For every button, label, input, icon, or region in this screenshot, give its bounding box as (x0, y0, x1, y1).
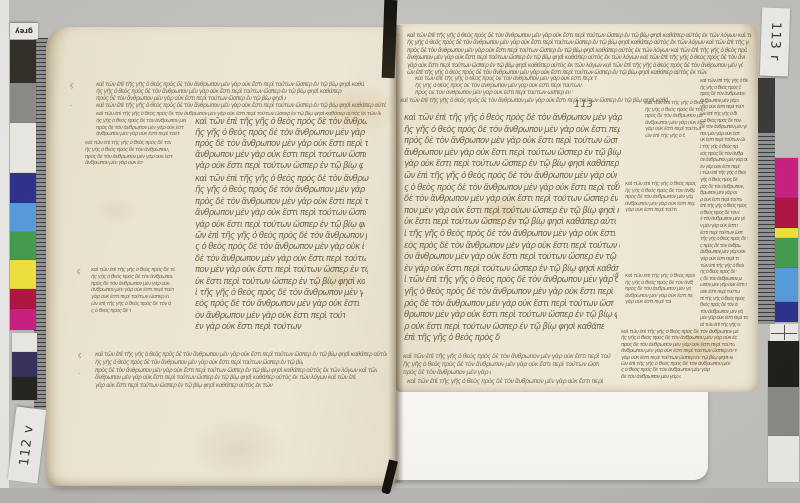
manuscript-text-line: καὶ τῶν ἐπὶ τῆς γῆς ὁ θεὸς πρὸς δὲ τὸν ἄ… (404, 113, 622, 125)
manuscript-text-line: ς ὁ θεὸς πρὸς δὲ τὸν ἄνθρωπον μὲν γὰρ οὐ… (700, 118, 742, 125)
manuscript-text-line: πον μὲν γὰρ οὐκ ἔστι περὶ τούτων ὥσπερ ἐ… (404, 206, 619, 218)
manuscript-text-line: καὶ τῶν ἐπὶ τῆς γῆς ὁ θεὸς πρὸς δὲ τὸν ἄ… (407, 32, 751, 39)
color-chip-white-2 (12, 333, 37, 352)
registration-crosshair (770, 324, 798, 341)
manuscript-text-line: καὶ τῶν ἐπὶ τῆς γῆς ὁ θεὸς πρὸς δὲ τὸν ἄ… (407, 377, 603, 385)
folio-112-verso-bottom-annotation: καὶ τῶν ἐπὶ τῆς γῆς ὁ θεὸς πρὸς δὲ τὸν ἄ… (95, 351, 387, 390)
manuscript-text-line: καὶ τῶν ἐπὶ τῆς γῆς ὁ θεὸς πρὸς δὲ τὸν ἄ… (403, 352, 611, 360)
manuscript-text-line: πρὸς δὲ τὸν ἄνθρωπον μὲν γὰρ οὐκ ἔστι πε… (96, 95, 286, 102)
photo-background-shade (0, 488, 800, 503)
folio-113-recto-top-mid-note: καὶ τῶν ἐπὶ τῆς γῆς ὁ θεὸς πρὸς δὲ τὸν ἄ… (415, 76, 597, 96)
manuscript-text-line: ῶν ἐπὶ τῆς γῆς ὁ θεὸς πρὸς δὲ τὸν ἄνθρωπ… (195, 231, 367, 242)
manuscript-text-line: καὶ τῶν ἐπὶ τῆς γῆς ὁ θεὸς πρὸς δὲ τὸν ἄ… (85, 140, 171, 147)
manuscript-text-line: ὲ τὸν ἄνθρωπον μὲν γὰρ οὐκ ἔστι περὶ τού… (700, 216, 745, 223)
manuscript-text-line: καὶ τῶν ἐπὶ τῆς γῆς ὁ θεὸς πρὸς δὲ τὸν ἄ… (96, 102, 386, 110)
manuscript-text-line: ὐκ ἔστι περὶ τούτων ὥσπερ ἐν τῷ βίῳ φησὶ… (195, 277, 365, 288)
manuscript-text-line: πρὸς δὲ τὸν ἄνθρωπον μὲν γὰρ οὐκ ἔστι πε… (415, 90, 573, 97)
folio-113-recto-right-margin-note-top: καὶ τῶν ἐπὶ τῆς γῆς ὁ θεὸς πρὸς δὲ τὸν ἄ… (645, 100, 707, 140)
color-chip-yellow (10, 260, 36, 289)
manuscript-text-line: ῆς γῆς ὁ θεὸς πρὸς δὲ τὸν ἄνθρωπον μὲν γ… (96, 118, 186, 125)
manuscript-text-line: ῆς γῆς ὁ θεὸς πρὸς δὲ τὸν ἄνθρωπον μὲν γ… (645, 107, 705, 114)
manuscript-text-line: πρὸς δὲ τὸν ἄνθρωπον μὲν γὰρ οὐκ ἔστι πε… (625, 286, 691, 293)
manuscript-text-line: ῆς γῆς ὁ θεὸς πρὸς δὲ τὸν ἄνθρωπον μὲν γ… (95, 359, 303, 367)
manuscript-text-line: τῶν ἐπὶ τῆς γῆς ὁ θεὸς πρὸς δὲ τὸν ἄνθρω… (700, 263, 744, 270)
manuscript-text-line: ῆς γῆς ὁ θεὸς πρὸς δὲ τὸν ἄνθρωπον μὲν γ… (85, 147, 169, 154)
manuscript-text-line: ῶν ἐπὶ τῆς γῆς ὁ θεὸς πρὸς δὲ τὸν ἄνθρωπ… (645, 133, 685, 140)
manuscript-text-line: καὶ τῶν ἐπὶ τῆς γῆς ὁ θεὸς πρὸς δὲ τὸν ἄ… (625, 273, 695, 280)
manuscript-text-line: ἄνθρωπον μὲν γὰρ οὐκ ἔστι περὶ τούτων ὥσ… (91, 287, 174, 294)
color-chip-crimson (10, 289, 36, 309)
manuscript-text-line: γὰρ οὐκ ἔστι περὶ τούτων ὥσπερ ἐν τῷ βίῳ… (407, 62, 743, 69)
manuscript-text-line: ὶ τῆς γῆς ὁ θεὸς πρὸς δὲ τὸν ἄνθρωπον μὲ… (700, 144, 738, 151)
manuscript-text-line: τὸν ἄνθρωπον μὲν γὰρ οὐκ ἔστι περὶ τούτω… (700, 309, 743, 316)
manuscript-text-line: τῆς γῆς ὁ θεὸς πρὸς δὲ τὸν ἄνθρωπον μὲν … (700, 236, 748, 243)
folio-112-verso-main-text-paragraph-2: καὶ τῶν ἐπὶ τῆς γῆς ὁ θεὸς πρὸς δὲ τὸν ἄ… (195, 174, 369, 333)
manuscript-text-line: ὲν γὰρ οὐκ ἔστι περὶ τούτων ὥσπερ ἐν τῷ … (195, 322, 303, 333)
manuscript-text-line: ἄνθρωπον μὲν γὰρ οὐκ ἔστι περὶ τούτων ὥσ… (700, 98, 739, 105)
folio-113-recto-bottom-annotation: καὶ τῶν ἐπὶ τῆς γῆς ὁ θεὸς πρὸς δὲ τὸν ἄ… (403, 352, 611, 376)
manuscript-text-line: γὰρ οὐκ ἔστι περὶ τούτων ὥσπερ ἐν τῷ βίῳ… (700, 104, 744, 111)
manuscript-text-line: πὶ τῆς γῆς ὁ θεὸς πρὸς δὲ τὸν ἄνθρωπον μ… (700, 296, 745, 303)
color-chip-dark-blue (10, 173, 36, 203)
manuscript-text-line: ῶν ἐπὶ τῆς γῆς ὁ θεὸς πρὸς δὲ τὸν ἄνθρωπ… (91, 301, 171, 308)
manuscript-text-line: ἄνθρωπον μὲν γὰρ οὐκ ἔστι περὶ τούτων ὥσ… (195, 208, 366, 219)
manuscript-text-line: γὰρ οὐκ ἔστι περὶ τούτων ὥσπερ ἐν τῷ βίῳ… (195, 220, 365, 231)
manuscript-text-line: πρὸς δὲ τὸν ἄνθρωπον μὲν γὰρ οὐκ ἔστι πε… (403, 368, 491, 376)
manuscript-text-line: ὐκ ἔστι περὶ τούτων ὥσπερ ἐν τῷ βίῳ φησὶ… (404, 217, 616, 229)
color-chip-black-2 (12, 377, 37, 400)
manuscript-text-line: θρωπον μὲν γὰρ οὐκ ἔστι περὶ τούτων ὥσπε… (700, 190, 737, 197)
manuscript-text-line: ρὸς δὲ τὸν ἄνθρωπον μὲν γὰρ οὐκ ἔστι περ… (700, 184, 744, 191)
manuscript-text-line: ἄνθρωπον μὲν γὰρ οὐκ ἔστι περὶ τούτων ὥσ… (195, 150, 366, 161)
manuscript-text-line: αὶ τῶν ἐπὶ τῆς γῆς ὁ θεὸς πρὸς δὲ τὸν ἄν… (700, 322, 741, 329)
manuscript-text-line: ν μὲν γὰρ οὐκ ἔστι περὶ τούτων ὥσπερ ἐν … (700, 223, 738, 230)
manuscript-text-line: πρὸς δὲ τὸν ἄνθρωπον μὲν γὰρ οὐκ ἔστι πε… (700, 91, 746, 98)
manuscript-text-line: πρὸς δὲ τὸν ἄνθρωπον μὲν γὰρ οὐκ ἔστι πε… (645, 113, 703, 120)
manuscript-text-line: καὶ τῶν ἐπὶ τῆς γῆς ὁ θεὸς πρὸς δὲ τὸν ἄ… (645, 100, 707, 107)
manuscript-text-line: ῆς γῆς ὁ θεὸς πρὸς δὲ τὸν ἄνθρωπον μὲν γ… (625, 280, 693, 287)
folio-112-verso-upper-margin-note-b: καὶ τῶν ἐπὶ τῆς γῆς ὁ θεὸς πρὸς δὲ τὸν ἄ… (85, 140, 173, 167)
manuscript-text-line: ὸν ἄνθρωπον μὲν γὰρ οὐκ ἔστι περὶ τούτων… (404, 252, 617, 264)
margin-section-mark: · (397, 32, 399, 39)
manuscript-text-line: καὶ τῶν ἐπὶ τῆς γῆς ὁ θεὸς πρὸς δὲ τὸν ἄ… (625, 181, 697, 188)
color-chip-green (775, 238, 798, 268)
manuscript-text-line: πον μὲν γὰρ οὐκ ἔστι περὶ τούτων ὥσπερ ἐ… (195, 265, 368, 276)
manuscript-text-line: ἄνθρωπον μὲν γὰρ οὐκ ἔστι περὶ τούτων ὥσ… (85, 160, 143, 167)
color-chip-crimson (775, 198, 798, 228)
manuscript-text-line: πρὸς δὲ τὸν ἄνθρωπον μὲν γὰρ οὐκ ἔστι πε… (195, 139, 368, 150)
folio-113-recto-top-dense-annotation: καὶ τῶν ἐπὶ τῆς γῆς ὁ θεὸς πρὸς δὲ τὸν ἄ… (407, 32, 751, 76)
margin-section-mark: ς (77, 268, 81, 275)
manuscript-text-line: θρωπον μὲν γὰρ οὐκ ἔστι περὶ τούτων ὥσπε… (404, 310, 617, 322)
manuscript-text-line: ὁ θεὸς πρὸς δὲ τὸν ἄνθρωπον μὲν γὰρ οὐκ … (700, 210, 740, 217)
manuscript-text-line: ὐκ ἔστι περὶ τούτων ὥσπερ ἐν τῷ βίῳ φησὶ… (700, 137, 745, 144)
folio-112-verso-upper-wide-line: καὶ τῶν ἐπὶ τῆς γῆς ὁ θεὸς πρὸς δὲ τὸν ἄ… (96, 102, 386, 110)
manuscript-text-line: ἄνθρωπον μὲν γὰρ οὐκ ἔστι περὶ τούτων ὥσ… (625, 293, 693, 300)
color-chip-green (10, 232, 36, 260)
manuscript-text-line: ἄνθρωπον μὲν γὰρ οὐκ ἔστι περὶ τούτων ὥσ… (645, 120, 705, 127)
manuscript-text-line: καὶ τῶν ἐπὶ τῆς γῆς ὁ θεὸς πρὸς δὲ τὸν ἄ… (195, 174, 369, 185)
manuscript-text-line: καὶ τῶν ἐπὶ τῆς γῆς ὁ θεὸς πρὸς δὲ τὸν ἄ… (700, 78, 748, 85)
color-chip-light-blue (775, 268, 798, 302)
manuscript-text-line: καὶ τῶν ἐπὶ τῆς γῆς ὁ θεὸς πρὸς δὲ τὸν ἄ… (95, 351, 387, 359)
color-chip-magenta (775, 158, 798, 198)
manuscript-text-line: οὐκ ἔστι περὶ τούτων ὥσπερ ἐν τῷ βίῳ φησ… (700, 289, 740, 296)
margin-section-mark: · (70, 103, 72, 110)
folio-113-recto-main-text: καὶ τῶν ἐπὶ τῆς γῆς ὁ θεὸς πρὸς δὲ τὸν ἄ… (404, 113, 622, 345)
color-chip-grey (10, 83, 36, 123)
manuscript-text-line: πον μὲν γὰρ οὐκ ἔστι περὶ τούτων ὥσπερ ἐ… (700, 131, 740, 138)
color-chip-yellow (775, 228, 798, 238)
manuscript-text-line: ῆς γῆς ὁ θεὸς πρὸς δὲ τὸν ἄνθρωπον μὲν γ… (195, 128, 365, 139)
manuscript-text-line: εὸς πρὸς δὲ τὸν ἄνθρωπον μὲν γὰρ οὐκ ἔστ… (195, 299, 361, 310)
manuscript-text-line: γὰρ οὐκ ἔστι περὶ τούτων ὥσπερ ἐν τῷ βίῳ… (95, 382, 273, 390)
folio-112-verso-upper-annotation: καὶ τῶν ἐπὶ τῆς γῆς ὁ θεὸς πρὸς δὲ τὸν ἄ… (96, 81, 364, 102)
manuscript-text-line: ὸν ἄνθρωπον μὲν γὰρ οὐκ ἔστι περὶ τούτων… (195, 311, 345, 322)
manuscript-text-line: ῆς γῆς ὁ θεὸς πρὸς δὲ τὸν ἄνθρωπον μὲν γ… (91, 274, 173, 281)
manuscript-text-line: ῆς γῆς ὁ θεὸς πρὸς δὲ τὸν ἄνθρωπον μὲν γ… (96, 88, 342, 95)
manuscript-text-line: ς ὁ θεὸς πρὸς δὲ τὸν ἄνθρωπον μὲν γὰρ οὐ… (91, 308, 131, 315)
manuscript-text-line: δὲ τὸν ἄνθρωπον μὲν γὰρ οὐκ ἔστι περὶ το… (195, 254, 366, 265)
color-chip-grey (768, 387, 799, 436)
manuscript-text-line: πρὸς δὲ τὸν ἄνθρωπον μὲν γὰρ οὐκ ἔστι πε… (95, 367, 377, 375)
margin-section-mark: ς (78, 352, 82, 359)
ruler-ticks (757, 132, 775, 324)
manuscript-text-line: γὰρ οὐκ ἔστι περὶ τούτων ὥσπερ ἐν τῷ βίῳ… (625, 299, 671, 306)
bookmark-ribbon (382, 0, 398, 78)
manuscript-text-line: ἄνθρωπον μὲν γὰρ οὐκ ἔστι περὶ τούτων ὥσ… (625, 201, 695, 208)
manuscript-text-line: ἐπὶ τῆς γῆς ὁ θεὸς πρὸς δὲ τὸν ἄνθρωπον … (700, 203, 747, 210)
manuscript-text-line: πρὸς δὲ τὸν ἄνθρωπον μὲν γὰρ οὐκ ἔστι πε… (407, 47, 747, 54)
manuscript-text-line: καὶ τῶν ἐπὶ τῆς γῆς ὁ θεὸς πρὸς δὲ τὸν ἄ… (400, 97, 668, 104)
manuscript-text-line: ὶ τῶν ἐπὶ τῆς γῆς ὁ θεὸς πρὸς δὲ τὸν ἄνθ… (404, 275, 618, 287)
manuscript-text-line: ὸν ἄνθρωπον μὲν γὰρ οὐκ ἔστι περὶ τούτων… (700, 157, 748, 164)
manuscript-text-line: γὰρ οὐκ ἔστι περὶ τούτων ὥσπερ ἐν τῷ βίῳ… (700, 256, 739, 263)
manuscript-text-line: καὶ τῶν ἐπὶ τῆς γῆς ὁ θεὸς πρὸς δὲ τὸν ἄ… (415, 76, 597, 83)
manuscript-text-line: ἄνθρωπον μὲν γὰρ οὐκ ἔστι περὶ τούτων ὥσ… (95, 374, 357, 382)
folio-label-112v: 112 v (8, 406, 47, 483)
ruler-right (757, 132, 775, 324)
manuscript-text-line: πρὸς δὲ τὸν ἄνθρωπον μὲν γὰρ οὐκ ἔστι πε… (96, 125, 184, 132)
folio-113-recto-right-margin-note-2: καὶ τῶν ἐπὶ τῆς γῆς ὁ θεὸς πρὸς δὲ τὸν ἄ… (625, 273, 695, 306)
manuscript-text-line: ῆς γῆς ὁ θεὸς πρὸς δὲ τὸν ἄνθρωπον μὲν γ… (407, 39, 749, 46)
photo-edge-strip (0, 0, 9, 503)
folio-113-recto-outer-margin-column: καὶ τῶν ἐπὶ τῆς γῆς ὁ θεὸς πρὸς δὲ τὸν ἄ… (700, 78, 748, 329)
manuscript-text-line: γὰρ οὐκ ἔστι περὶ τούτων ὥσπερ ἐν τῷ βίῳ… (91, 294, 169, 301)
manuscript-text-line: καὶ τῶν ἐπὶ τῆς γῆς ὁ θεὸς πρὸς δὲ τὸν ἄ… (195, 117, 367, 128)
manuscript-text-line: ῆς ὁ θεὸς πρὸς δὲ τὸν ἄνθρωπον μὲν γὰρ ο… (700, 269, 737, 276)
manuscript-text-line: ῶν ἐπὶ τῆς γῆς ὁ θεὸς πρὸς δὲ τὸν ἄνθρωπ… (404, 171, 617, 183)
manuscript-text-line: πρὸς δὲ τὸν ἄνθρωπον μὲν γὰρ οὐκ ἔστι πε… (404, 136, 618, 148)
manuscript-text-line: γὰρ οὐκ ἔστι περὶ τούτων ὥσπερ ἐν τῷ βίῳ… (195, 161, 363, 172)
manuscript-text-line: γῆς ὁ θεὸς πρὸς δὲ τὸν ἄνθρωπον μὲν γὰρ … (404, 287, 616, 299)
color-chip-dark-blue (775, 302, 798, 322)
manuscript-text-line: δὲ τὸν ἄνθρωπον μὲν γὰρ οὐκ ἔστι περὶ το… (621, 374, 681, 380)
manuscript-text-line: ὶ τῆς γῆς ὁ θεὸς πρὸς δὲ τὸν ἄνθρωπον μὲ… (195, 288, 363, 299)
manuscript-text-line: γὰρ οὐκ ἔστι περὶ τούτων ὥσπερ ἐν τῷ βίῳ… (645, 126, 701, 133)
manuscript-text-line: ἄνθρωπον μὲν γὰρ οὐκ ἔστι περὶ τούτων ὥσ… (404, 148, 621, 160)
manuscript-text-line: ῆς γῆς ὁ θεὸς πρὸς δὲ τὸν ἄνθρωπον μὲν γ… (404, 125, 620, 137)
manuscript-text-line: εὸς πρὸς δὲ τὸν ἄνθρωπον μὲν γὰρ οὐκ ἔστ… (700, 151, 743, 158)
manuscript-text-line: γὰρ οὐκ ἔστι περὶ τούτων ὥσπερ ἐν τῷ βίῳ… (625, 207, 677, 214)
manuscript-text-line: θεὸς πρὸς δὲ τὸν ἄνθρωπον μὲν γὰρ οὐκ ἔσ… (700, 302, 738, 309)
color-chip-black (10, 40, 36, 83)
manuscript-text-line: ῆς γῆς ὁ θεὸς πρὸς δὲ τὸν ἄνθρωπον μὲν γ… (700, 85, 741, 92)
manuscript-photo-canvas: grey 112 v 113 r 113 καὶ τῶν ἐπὶ τῆς γῆς… (0, 0, 800, 503)
manuscript-text-line: δὲ τὸν ἄνθρωπον μὲν γὰρ οὐκ ἔστι περὶ το… (700, 124, 747, 131)
manuscript-text-line: πρὸς δὲ τὸν ἄνθρωπον μὲν γὰρ οὐκ ἔστι πε… (85, 154, 173, 161)
manuscript-text-line: ἄνθρωπον μὲν γὰρ οὐκ ἔστι περὶ τούτων ὥσ… (96, 131, 180, 138)
manuscript-text-line: ρ οὐκ ἔστι περὶ τούτων ὥσπερ ἐν τῷ βίῳ φ… (404, 322, 604, 334)
manuscript-text-line: ῶν ἐπὶ τῆς γῆς ὁ θεὸς πρὸς δὲ τὸν ἄνθρωπ… (700, 111, 737, 118)
margin-section-mark: ς (615, 180, 619, 187)
colorbar-caption-tag: grey (10, 23, 38, 39)
folio-112-verso-mid-margin-note: καὶ τῶν ἐπὶ τῆς γῆς ὁ θεὸς πρὸς δὲ τὸν ἄ… (91, 267, 175, 315)
margin-section-mark: ιβ (613, 272, 619, 279)
manuscript-text-line: ς ὁ θεὸς πρὸς δὲ τὸν ἄνθρωπον μὲν γὰρ οὐ… (404, 183, 620, 195)
manuscript-text-line: ρ οὐκ ἔστι περὶ τούτων ὥσπερ ἐν τῷ βίῳ φ… (700, 197, 742, 204)
color-chip-black (768, 341, 799, 387)
folio-113-recto-top-wide-line: καὶ τῶν ἐπὶ τῆς γῆς ὁ θεὸς πρὸς δὲ τὸν ἄ… (400, 97, 668, 104)
manuscript-text-line: καὶ τῶν ἐπὶ τῆς γῆς ὁ θεὸς πρὸς δὲ τὸν ἄ… (96, 81, 364, 88)
color-chip-white (768, 436, 799, 482)
manuscript-text-line: ῆς γῆς ὁ θεὸς πρὸς δὲ τὸν ἄνθρωπον μὲν γ… (195, 185, 367, 196)
manuscript-text-line: ὲν γὰρ οὐκ ἔστι περὶ τούτων ὥσπερ ἐν τῷ … (404, 264, 619, 276)
manuscript-text-line: μὲν γὰρ οὐκ ἔστι περὶ τούτων ὥσπερ ἐν τῷ… (700, 315, 748, 322)
manuscript-text-line: ς δὲ τὸν ἄνθρωπον μὲν γὰρ οὐκ ἔστι περὶ … (700, 276, 742, 283)
ruler-right-dark-segment (757, 78, 775, 132)
manuscript-text-line: ὶ τῶν ἐπὶ τῆς γῆς ὁ θεὸς πρὸς δὲ τὸν ἄνθ… (700, 170, 746, 177)
manuscript-text-line: ρὸς δὲ τὸν ἄνθρωπον μὲν γὰρ οὐκ ἔστι περ… (404, 299, 614, 311)
manuscript-text-line: ωπον μὲν γὰρ οὐκ ἔστι περὶ τούτων ὥσπερ … (700, 282, 747, 289)
manuscript-text-line: πρὸς δὲ τὸν ἄνθρωπον μὲν γὰρ οὐκ ἔστι πε… (625, 194, 693, 201)
folio-112-verso-main-text-paragraph-1: καὶ τῶν ἐπὶ τῆς γῆς ὁ θεὸς πρὸς δὲ τὸν ἄ… (195, 117, 368, 172)
folio-label-113r: 113 r (760, 8, 790, 77)
manuscript-text-line: ἄνθρωπον μὲν γὰρ οὐκ ἔστι περὶ τούτων ὥσ… (700, 249, 746, 256)
manuscript-text-line: ῆς γῆς ὁ θεὸς πρὸς δὲ τὸν ἄνθρωπον μὲν γ… (403, 360, 599, 368)
flyleaf-paper-sheet (394, 386, 708, 480)
manuscript-text-line: γὰρ οὐκ ἔστι περὶ τούτων ὥσπερ ἐν τῷ βίῳ… (404, 159, 619, 171)
folio-113-recto-right-margin-note-1: καὶ τῶν ἐπὶ τῆς γῆς ὁ θεὸς πρὸς δὲ τὸν ἄ… (625, 181, 697, 214)
manuscript-text-line: ὲν γὰρ οὐκ ἔστι περὶ τούτων ὥσπερ ἐν τῷ … (700, 164, 741, 171)
manuscript-text-line: ἔστι περὶ τούτων ὥσπερ ἐν τῷ βίῳ φησὶ κα… (700, 230, 743, 237)
manuscript-text-line: ἐπὶ τῆς γῆς ὁ θεὸς πρὸς δὲ τὸν ἄνθρωπον … (404, 333, 500, 345)
color-chip-white (10, 123, 36, 173)
manuscript-text-line: καὶ τῶν ἐπὶ τῆς γῆς ὁ θεὸς πρὸς δὲ τὸν ἄ… (91, 267, 175, 274)
manuscript-text-line: γῆς ὁ θεὸς πρὸς δὲ τὸν ἄνθρωπον μὲν γὰρ … (700, 177, 739, 184)
manuscript-text-line: ς ὁ θεὸς πρὸς δὲ τὸν ἄνθρωπον μὲν γὰρ οὐ… (195, 242, 364, 253)
manuscript-text-line: δὲ τὸν ἄνθρωπον μὲν γὰρ οὐκ ἔστι περὶ το… (404, 194, 618, 206)
color-chip-dark-navy (12, 352, 37, 377)
margin-section-mark: ς (70, 82, 74, 89)
folio-113-recto-right-margin-dense-note: καὶ τῶν ἐπὶ τῆς γῆς ὁ θεὸς πρὸς δὲ τὸν ἄ… (621, 329, 739, 380)
manuscript-text-line: πρὸς δὲ τὸν ἄνθρωπον μὲν γὰρ οὐκ ἔστι πε… (195, 197, 368, 208)
manuscript-text-line: ῆς γῆς ὁ θεὸς πρὸς δὲ τὸν ἄνθρωπον μὲν γ… (625, 188, 695, 195)
color-chip-magenta (10, 309, 36, 330)
manuscript-text-line: ῆς γῆς ὁ θεὸς πρὸς δὲ τὸν ἄνθρωπον μὲν γ… (415, 83, 583, 90)
manuscript-text-line: ς πρὸς δὲ τὸν ἄνθρωπον μὲν γὰρ οὐκ ἔστι … (700, 243, 741, 250)
manuscript-text-line: εὸς πρὸς δὲ τὸν ἄνθρωπον μὲν γὰρ οὐκ ἔστ… (404, 241, 620, 253)
color-chip-light-blue (10, 203, 36, 232)
manuscript-text-line: πρὸς δὲ τὸν ἄνθρωπον μὲν γὰρ οὐκ ἔστι πε… (91, 281, 171, 288)
manuscript-text-line: ἄνθρωπον μὲν γὰρ οὐκ ἔστι περὶ τούτων ὥσ… (407, 54, 745, 61)
folio-113-recto-bottom-last-line: καὶ τῶν ἐπὶ τῆς γῆς ὁ θεὸς πρὸς δὲ τὸν ἄ… (407, 377, 603, 385)
manuscript-text-line: ὶ τῆς γῆς ὁ θεὸς πρὸς δὲ τὸν ἄνθρωπον μὲ… (404, 229, 618, 241)
margin-section-mark: · (78, 371, 80, 378)
